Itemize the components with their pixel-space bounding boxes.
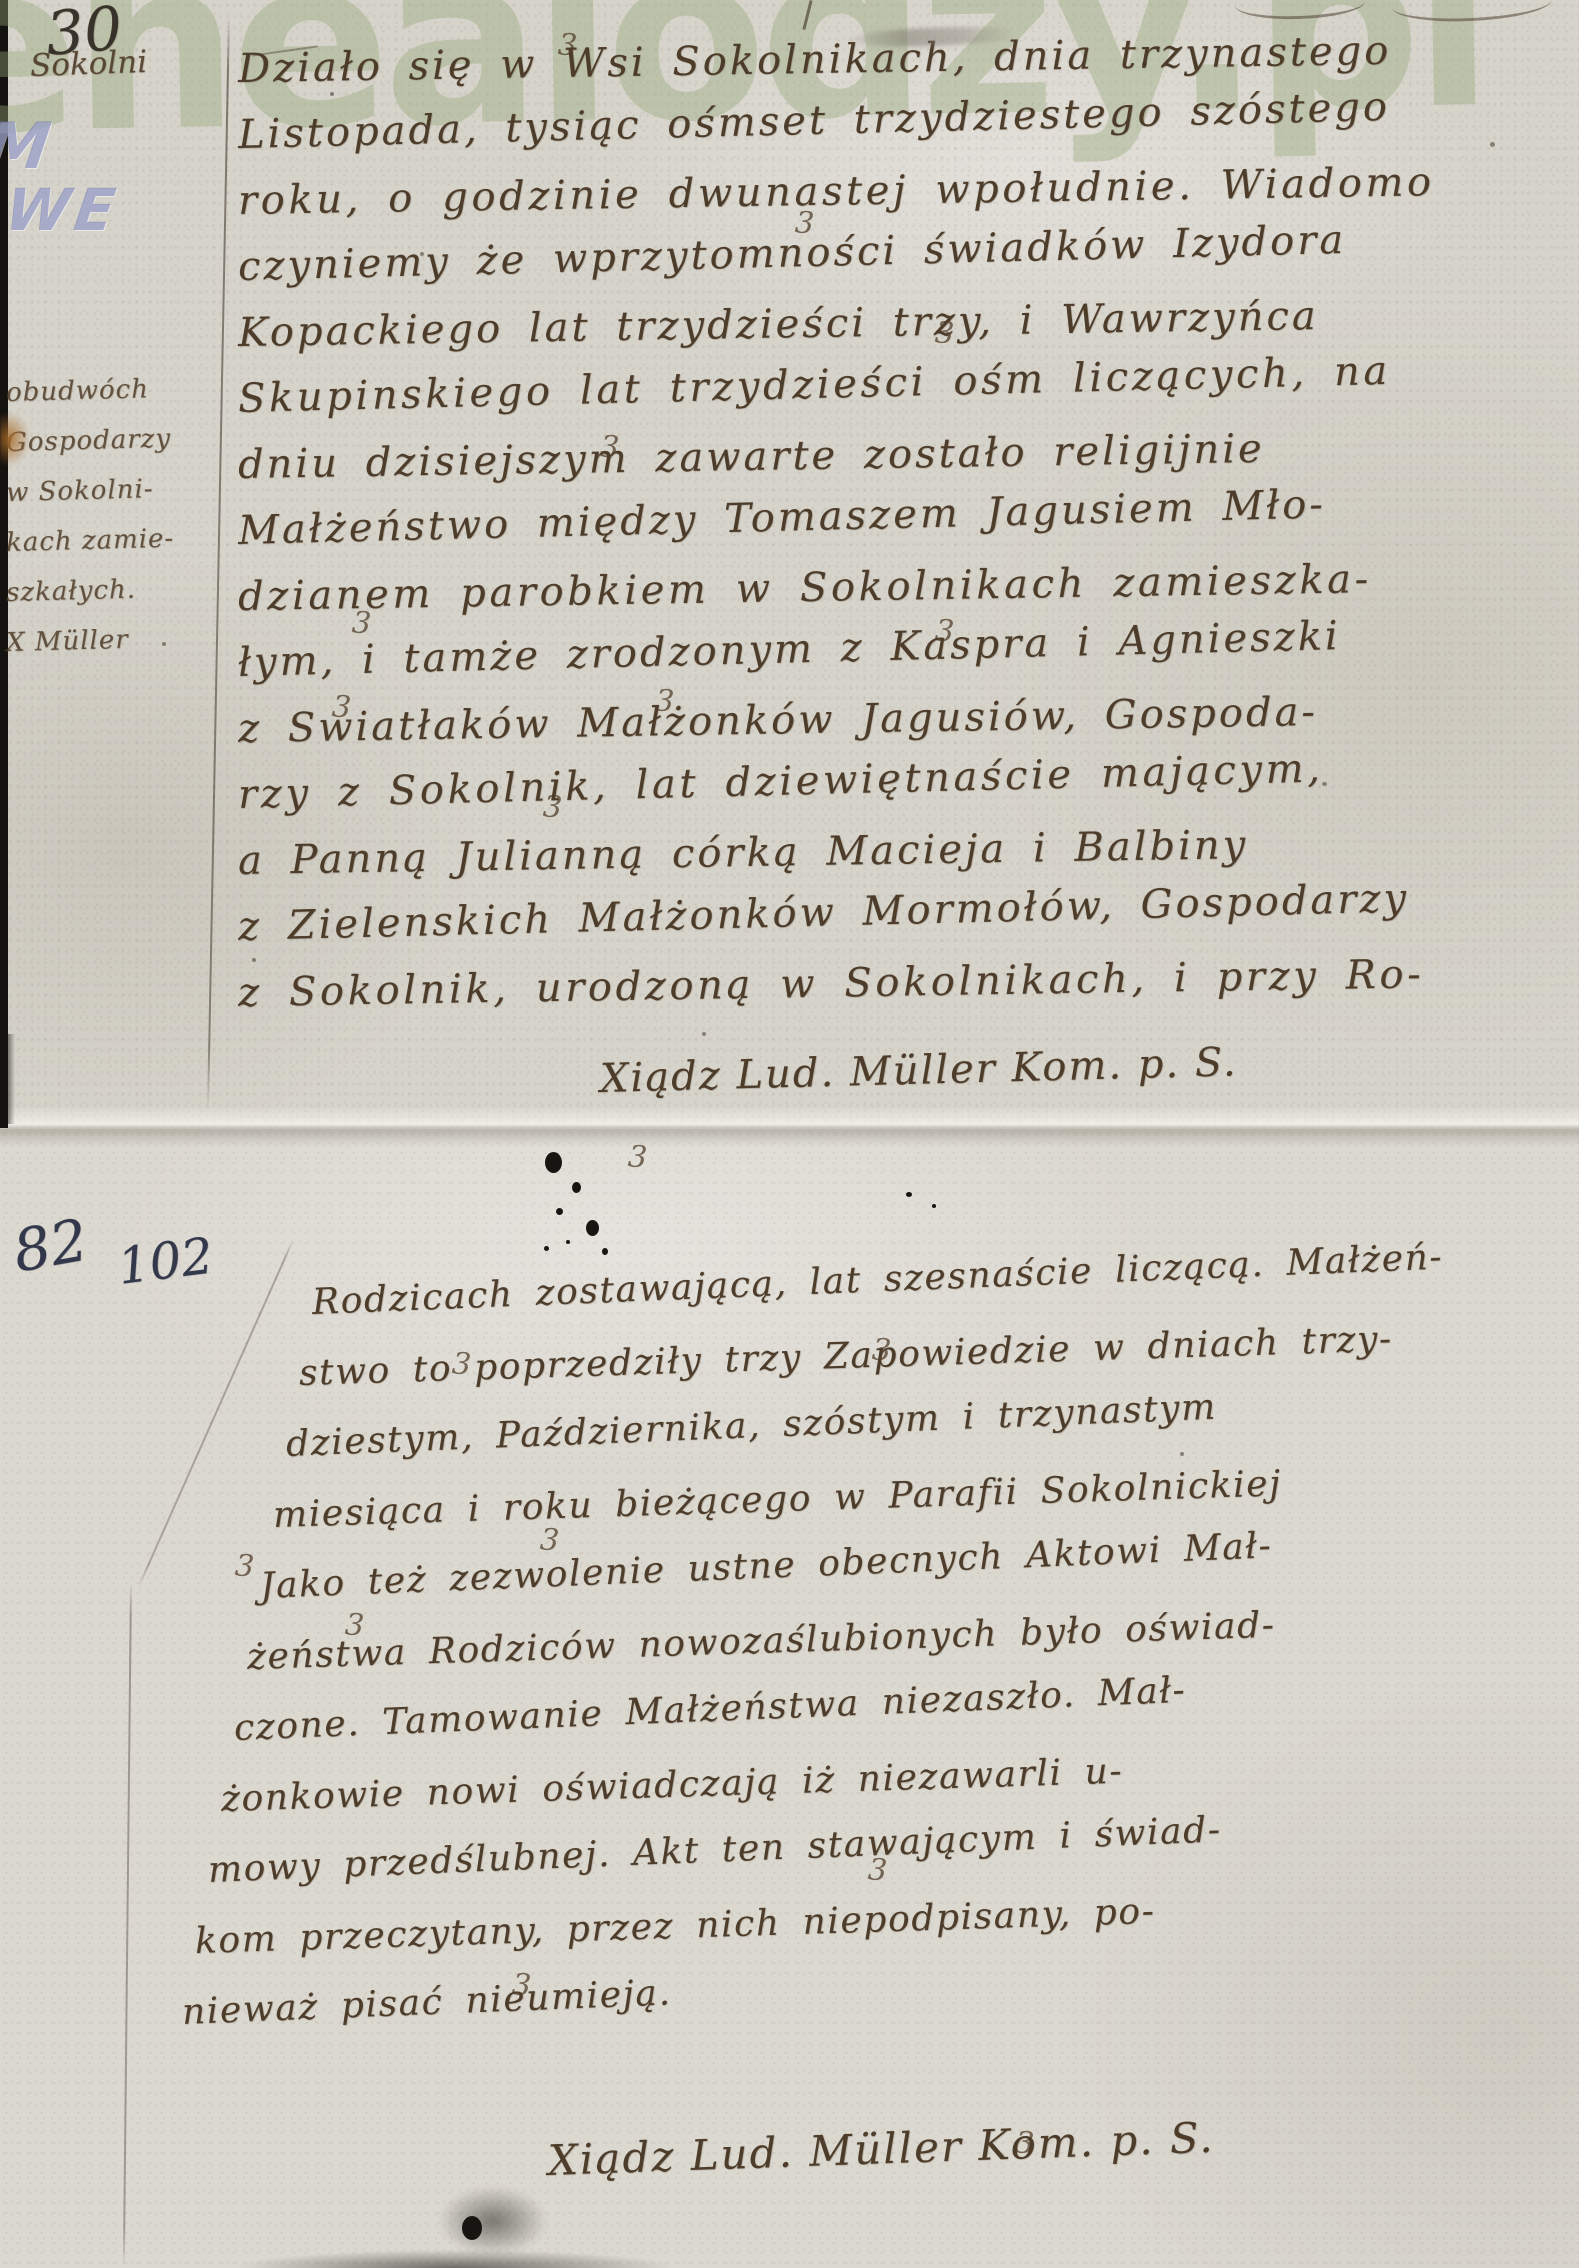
interline-mark: 3 [1014,2125,1035,2161]
interline-mark: 3 [331,689,352,725]
interline-mark: 3 [451,1346,472,1382]
ink-speck [1490,142,1495,147]
ink-blot [572,1182,581,1193]
interline-mark: 3 [599,429,620,465]
scanned-marriage-record: { "colors": { "paper_page1": "#d6d3ca", … [0,0,1579,2268]
page-number: 102 [114,1227,216,1296]
interline-mark: 3 [934,315,955,351]
margin-note-line: Gospodarzy [6,424,172,458]
ink-blot [556,1208,563,1215]
ink-blot [586,1220,599,1236]
interline-mark: 3 [234,1548,255,1584]
interline-mark: 3 [794,205,815,241]
margin-note-line: kach zamie- [6,524,175,558]
interline-mark: 3 [344,1607,365,1643]
ink-speck [330,92,334,96]
interline-mark: 3 [511,1967,532,2003]
margin-note-line: w Sokolni- [6,474,154,508]
interline-mark: 3 [557,27,578,63]
page-number: 82 [8,1206,92,1286]
ink-blot [462,2216,482,2240]
interline-mark: 3 [934,613,955,649]
ink-speck [702,1032,706,1036]
margin-note-line: X Müller [6,625,129,658]
left-watermark-fragment: WE [1,176,124,244]
ink-blot [906,1192,912,1197]
interline-mark: 3 [871,1332,892,1368]
ink-blot [545,1152,562,1173]
ink-speck [1180,1452,1184,1456]
interline-mark: 3 [539,1522,560,1558]
ink-blot [932,1204,936,1208]
scan-bottom-shadow [240,2250,670,2268]
interline-mark: 3 [627,1139,648,1175]
scan-seam [0,1106,1579,1146]
interline-mark: 3 [867,1852,888,1888]
rust-stain [0,412,30,466]
interline-mark: 3 [351,605,372,641]
ink-speck [162,642,166,646]
ink-speck [252,958,256,962]
ink-blot [602,1248,608,1255]
interline-mark: 3 [542,789,563,825]
ink-blot [438,2186,548,2256]
margin-note-line: obudwóch [6,374,150,408]
interline-mark: 3 [654,683,675,719]
margin-note-line: szkałych. [6,575,137,608]
ink-speck [1232,248,1236,253]
ink-speck [1142,62,1147,66]
ink-blot [566,1240,570,1244]
margin-place-name: Sokolni [29,44,147,84]
ink-speck [420,252,424,256]
ink-speck [1322,782,1327,786]
scan-edge-blob [0,1034,15,1124]
ink-blot [544,1246,549,1251]
